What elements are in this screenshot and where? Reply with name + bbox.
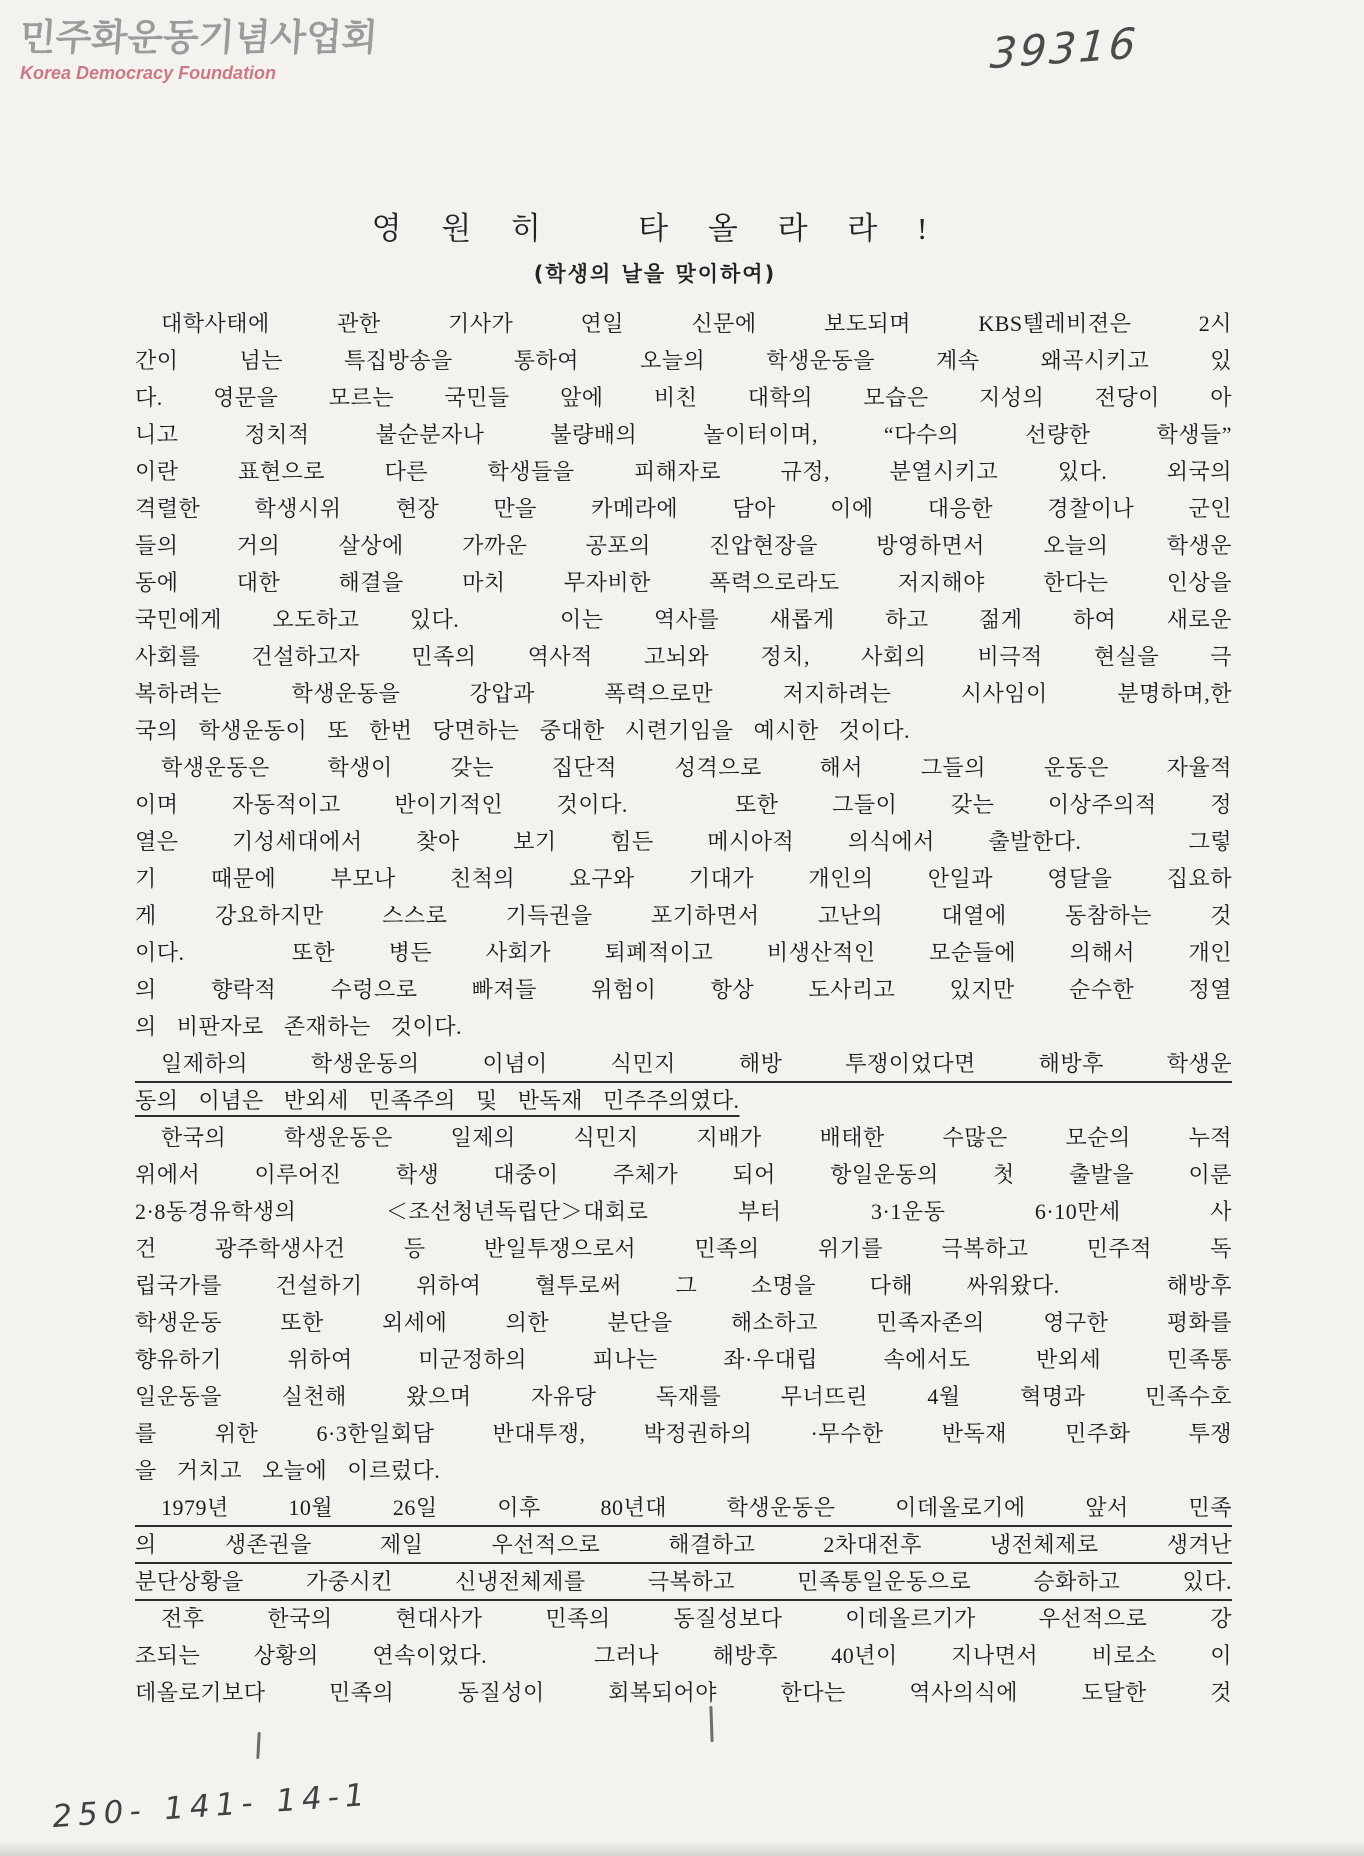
text-line: 기 때문에 부모나 친척의 요구와 기대가 개인의 안일과 영달을 집요하	[135, 861, 1232, 898]
text-line: 다. 영문을 모르는 국민들 앞에 비친 대학의 모습은 지성의 전당이 아	[135, 380, 1232, 417]
text-line: 들의 거의 살상에 가까운 공포의 진압현장을 방영하면서 오늘의 학생운	[135, 528, 1232, 565]
text-line: 국의 학생운동이 또 한번 당면하는 중대한 시련기임을 예시한 것이다.	[135, 713, 1232, 750]
text-line: 의 생존권을 제일 우선적으로 해결하고 2차대전후 냉전체제로 생겨난	[135, 1527, 1232, 1564]
text-line: 위에서 이루어진 학생 대중이 주체가 되어 항일운동의 첫 출발을 이룬	[135, 1157, 1232, 1194]
text-line: 동의 이념은 반외세 민족주의 및 반독재 민주주의였다.	[135, 1083, 1232, 1120]
text-line: 국민에게 오도하고 있다. 이는 역사를 새롭게 하고 젊게 하여 새로운	[135, 602, 1232, 639]
text-line: 조되는 상황의 연속이었다. 그러나 해방후 40년이 지나면서 비로소 이	[135, 1638, 1232, 1675]
handwritten-archive-number: 39316	[989, 15, 1192, 78]
document-body: 대학사태에 관한 기사가 연일 신문에 보도되며 KBS텔레비젼은 2시간이 넘…	[135, 306, 1232, 1712]
text-line: 을 거치고 오늘에 이르렀다.	[135, 1453, 1232, 1490]
text-line: 데올로기보다 민족의 동질성이 회복되어야 한다는 역사의식에 도달한 것	[135, 1675, 1232, 1712]
text-line: 의 향락적 수렁으로 빠져들 위험이 항상 도사리고 있지만 순수한 정열	[135, 972, 1232, 1009]
handwritten-registry-code: 250- 141- 14-1	[51, 1777, 372, 1835]
text-line: 학생운동 또한 외세에 의한 분단을 해소하고 민족자존의 영구한 평화를	[135, 1305, 1232, 1342]
text-line: 향유하기 위하여 미군정하의 피나는 좌·우대립 속에서도 반외세 민족통	[135, 1342, 1232, 1379]
text-line: 니고 정치적 불순분자나 불량배의 놀이터이며, “다수의 선량한 학생들”	[135, 417, 1232, 454]
text-line: 학생운동은 학생이 갖는 집단적 성격으로 해서 그들의 운동은 자율적	[135, 750, 1232, 787]
document-title: 영 원 히 타 올 라 라 !	[372, 211, 939, 246]
text-line: 게 강요하지만 스스로 기득권을 포기하면서 고난의 대열에 동참하는 것	[135, 898, 1232, 935]
text-line: 동에 대한 해결을 마치 무자비한 폭력으로라도 저지해야 한다는 인상을	[135, 565, 1232, 602]
text-line: 분단상황을 가중시킨 신냉전체제를 극복하고 민족통일운동으로 승화하고 있다.	[135, 1564, 1232, 1601]
text-line: 이란 표현으로 다른 학생들을 피해자로 규정, 분열시키고 있다. 외국의	[135, 454, 1232, 491]
pencil-mark	[256, 1732, 260, 1759]
text-line: 이며 자동적이고 반이기적인 것이다. 또한 그들이 갖는 이상주의적 정	[135, 787, 1232, 824]
text-line: 전후 한국의 현대사가 민족의 동질성보다 이데올르기가 우선적으로 강	[135, 1601, 1232, 1638]
text-line: 한국의 학생운동은 일제의 식민지 지배가 배태한 수많은 모순의 누적	[135, 1120, 1232, 1157]
korea-democracy-foundation-logo: 민주화운동기념사업회 Korea Democracy Foundation	[20, 18, 377, 84]
text-line: 열은 기성세대에서 찾아 보기 힘든 메시아적 의식에서 출발한다. 그렇	[135, 824, 1232, 861]
text-line: 사회를 건설하고자 민족의 역사적 고뇌와 정치, 사회의 비극적 현실을 극	[135, 639, 1232, 676]
text-line: 건 광주학생사건 등 반일투쟁으로서 민족의 위기를 극복하고 민주적 독	[135, 1231, 1232, 1268]
text-line: 2·8동경유학생의 ＜조선청년독립단＞대회로 부터 3·1운동 6·10만세 사	[135, 1194, 1232, 1231]
text-line: 이다. 또한 병든 사회가 퇴폐적이고 비생산적인 모순들에 의해서 개인	[135, 935, 1232, 972]
logo-korean-text: 민주화운동기념사업회	[19, 18, 379, 59]
text-line: 립국가를 건설하기 위하여 혈투로써 그 소명을 다해 싸워왔다. 해방후	[135, 1268, 1232, 1305]
text-line: 격렬한 학생시위 현장 만을 카메라에 담아 이에 대응한 경찰이나 군인	[135, 491, 1232, 528]
text-line: 복하려는 학생운동을 강압과 폭력으로만 저지하려는 시사임이 분명하며,한	[135, 676, 1232, 713]
text-line: 일제하의 학생운동의 이념이 식민지 해방 투쟁이었다면 해방후 학생운	[135, 1046, 1232, 1083]
scanned-document-page: 민주화운동기념사업회 Korea Democracy Foundation 39…	[0, 0, 1364, 1856]
text-line: 1979년 10월 26일 이후 80년대 학생운동은 이데올로기에 앞서 민족	[135, 1490, 1232, 1527]
text-line: 일운동을 실천해 왔으며 자유당 독재를 무너뜨린 4월 혁명과 민족수호	[135, 1379, 1232, 1416]
document-subtitle: (학생의 날을 맞이하여)	[534, 262, 776, 286]
text-line: 의 비판자로 존재하는 것이다.	[135, 1009, 1232, 1046]
text-line: 간이 넘는 특집방송을 통하여 오늘의 학생운동을 계속 왜곡시키고 있	[135, 343, 1232, 380]
text-line: 대학사태에 관한 기사가 연일 신문에 보도되며 KBS텔레비젼은 2시	[135, 306, 1232, 343]
text-line: 를 위한 6·3한일회담 반대투쟁, 박정권하의 ·무수한 반독재 민주화 투쟁	[135, 1416, 1232, 1453]
logo-english-text: Korea Democracy Foundation	[20, 63, 377, 84]
